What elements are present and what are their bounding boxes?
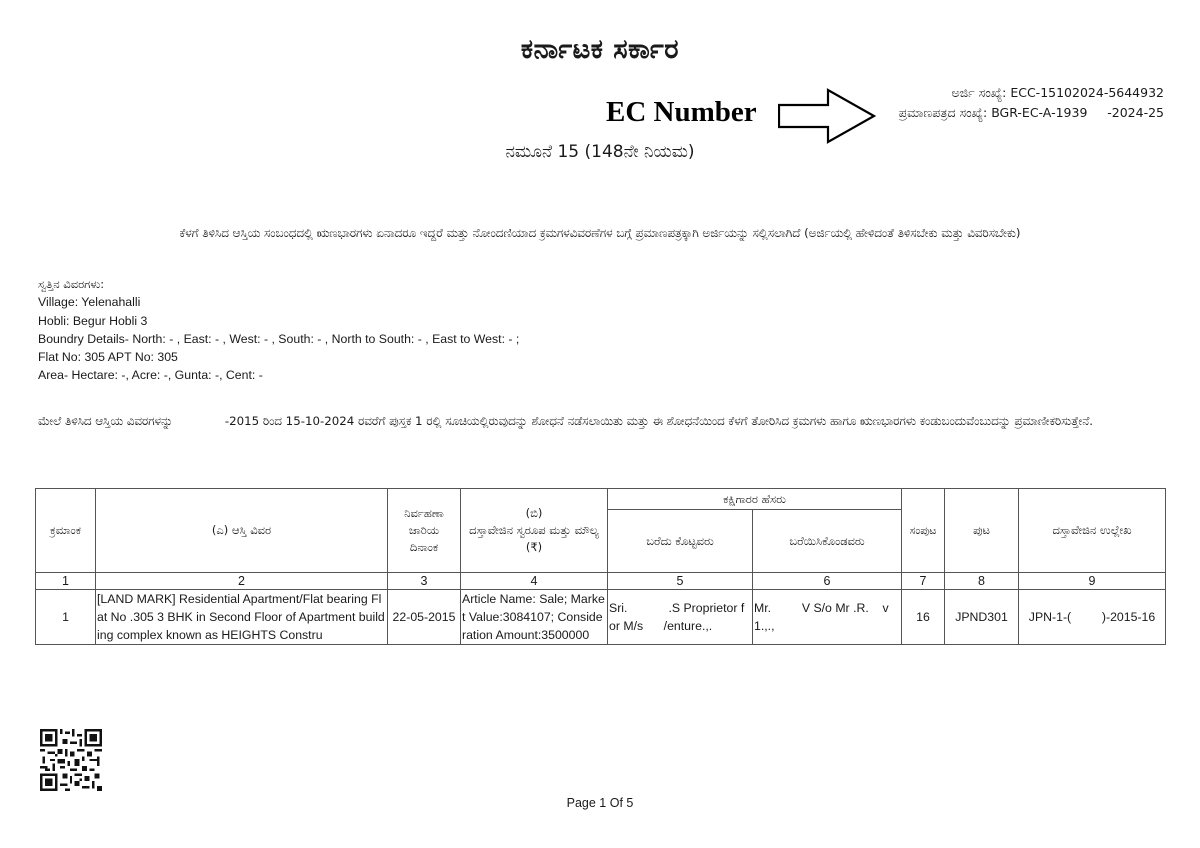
column-number: 2 [96, 573, 388, 590]
table-row: 1 [LAND MARK] Residential Apartment/Flat… [36, 590, 1166, 645]
certificate-number-line: ಪ್ರಮಾಣಪತ್ರದ ಸಂಖ್ಯೆ: BGR-EC-A-1939 -2024-… [899, 103, 1164, 123]
column-number: 6 [753, 573, 902, 590]
cell-property: [LAND MARK] Residential Apartment/Flat b… [96, 590, 388, 645]
header-doc-nature: (ಬಿ) ದಸ್ತಾವೇಜಿನ ಸ್ವರೂಪ ಮತ್ತು ಮೌಲ್ಯ (₹) [461, 489, 608, 573]
application-number: ECC-15102024-5644932 [1010, 85, 1164, 100]
document-title: ಕರ್ನಾಟಕ ಸರ್ಕಾರ [0, 34, 1200, 66]
header-page: ಪುಟ [945, 489, 1019, 573]
right-arrow-icon [778, 88, 878, 144]
certificate-number: BGR-EC-A-1939 -2024-25 [991, 105, 1164, 120]
column-number-row: 1 2 3 4 5 6 7 8 9 [36, 573, 1166, 590]
cell-page: JPND301 [945, 590, 1019, 645]
cell-doc-nature: Article Name: Sale; Market Value:3084107… [461, 590, 608, 645]
column-number: 4 [461, 573, 608, 590]
header-executant: ಬರೆದು ಕೊಟ್ಟವರು [608, 510, 753, 573]
cell-claimant: Mr. V S/o Mr .R. v 1.,., [753, 590, 902, 645]
column-number: 9 [1019, 573, 1166, 590]
property-heading: ಸ್ವತ್ತಿನ ವಿವರಗಳು: [38, 275, 519, 293]
column-number: 5 [608, 573, 753, 590]
certificate-number-label: ಪ್ರಮಾಣಪತ್ರದ ಸಂಖ್ಯೆ: [899, 105, 988, 120]
ec-number-annotation: EC Number [606, 96, 757, 129]
certification-part1: ಮೇಲೆ ತಿಳಿಸಿದ ಆಸ್ತಿಯ ವಿವರಗಳನ್ನು [38, 414, 173, 428]
form-title: ನಮೂನೆ 15 (148ನೇ ನಿಯಮ) [0, 142, 1200, 162]
encumbrance-table: ಕ್ರಮಾಂಕ (ಎ) ಆಸ್ತಿ ವಿವರ ನಿರ್ವಹಣಾ ಜಾರಿಯ ದಿ… [35, 488, 1166, 645]
header-volume: ಸಂಪುಟ [902, 489, 945, 573]
page-indicator: Page 1 Of 5 [0, 796, 1200, 810]
column-number: 1 [36, 573, 96, 590]
column-number: 3 [388, 573, 461, 590]
certification-statement: ಮೇಲೆ ತಿಳಿಸಿದ ಆಸ್ತಿಯ ವಿವರಗಳನ್ನು-2015 ರಿಂದ… [38, 411, 1168, 432]
property-village: Village: Yelenahalli [38, 293, 519, 311]
header-serial: ಕ್ರಮಾಂಕ [36, 489, 96, 573]
cell-exec-date: 22-05-2015 [388, 590, 461, 645]
header-claimant: ಬರೆಯಿಸಿಕೊಂಡವರು [753, 510, 902, 573]
application-number-label: ಅರ್ಜಿ ಸಂಖ್ಯೆ: [952, 85, 1007, 100]
property-boundary: Boundry Details- North: - , East: - , We… [38, 330, 519, 348]
header-doc-ref: ದಸ್ತಾವೇಜಿನ ಉಲ್ಲೇಖ [1019, 489, 1166, 573]
header-doc-nature-unit: (₹) [463, 539, 605, 556]
certification-part2: -2015 ರಿಂದ 15-10-2024 ರವರೆಗೆ ಪುಸ್ತಕ 1 ರಲ… [225, 414, 1093, 428]
header-exec-date: ನಿರ್ವಹಣಾ ಜಾರಿಯ ದಿನಾಂಕ [388, 489, 461, 573]
cell-doc-ref: JPN-1-( )-2015-16 [1019, 590, 1166, 645]
column-number: 8 [945, 573, 1019, 590]
application-number-line: ಅರ್ಜಿ ಸಂಖ್ಯೆ: ECC-15102024-5644932 [899, 83, 1164, 103]
cell-volume: 16 [902, 590, 945, 645]
qr-code-icon [40, 729, 102, 791]
column-number: 7 [902, 573, 945, 590]
request-statement: ಕೆಳಗೆ ತಿಳಿಸಿದ ಆಸ್ತಿಯ ಸಂಬಂಧದಲ್ಲಿ ಋಣಭಾರಗಳು… [0, 226, 1200, 241]
property-flat: Flat No: 305 APT No: 305 [38, 348, 519, 366]
property-hobli: Hobli: Begur Hobli 3 [38, 312, 519, 330]
property-details: ಸ್ವತ್ತಿನ ವಿವರಗಳು: Village: Yelenahalli H… [38, 275, 519, 385]
cell-serial: 1 [36, 590, 96, 645]
cell-executant: Sri. .S Proprietor for M/s /enture.,. [608, 590, 753, 645]
header-doc-nature-text: ದಸ್ತಾವೇಜಿನ ಸ್ವರೂಪ ಮತ್ತು ಮೌಲ್ಯ [463, 522, 605, 539]
header-parties: ಕಕ್ಷಿಗಾರರ ಹೆಸರು [608, 489, 902, 510]
reference-numbers: ಅರ್ಜಿ ಸಂಖ್ಯೆ: ECC-15102024-5644932 ಪ್ರಮಾ… [899, 83, 1164, 123]
header-doc-nature-b: (ಬಿ) [463, 505, 605, 522]
property-area: Area- Hectare: -, Acre: -, Gunta: -, Cen… [38, 366, 519, 384]
header-property: (ಎ) ಆಸ್ತಿ ವಿವರ [96, 489, 388, 573]
